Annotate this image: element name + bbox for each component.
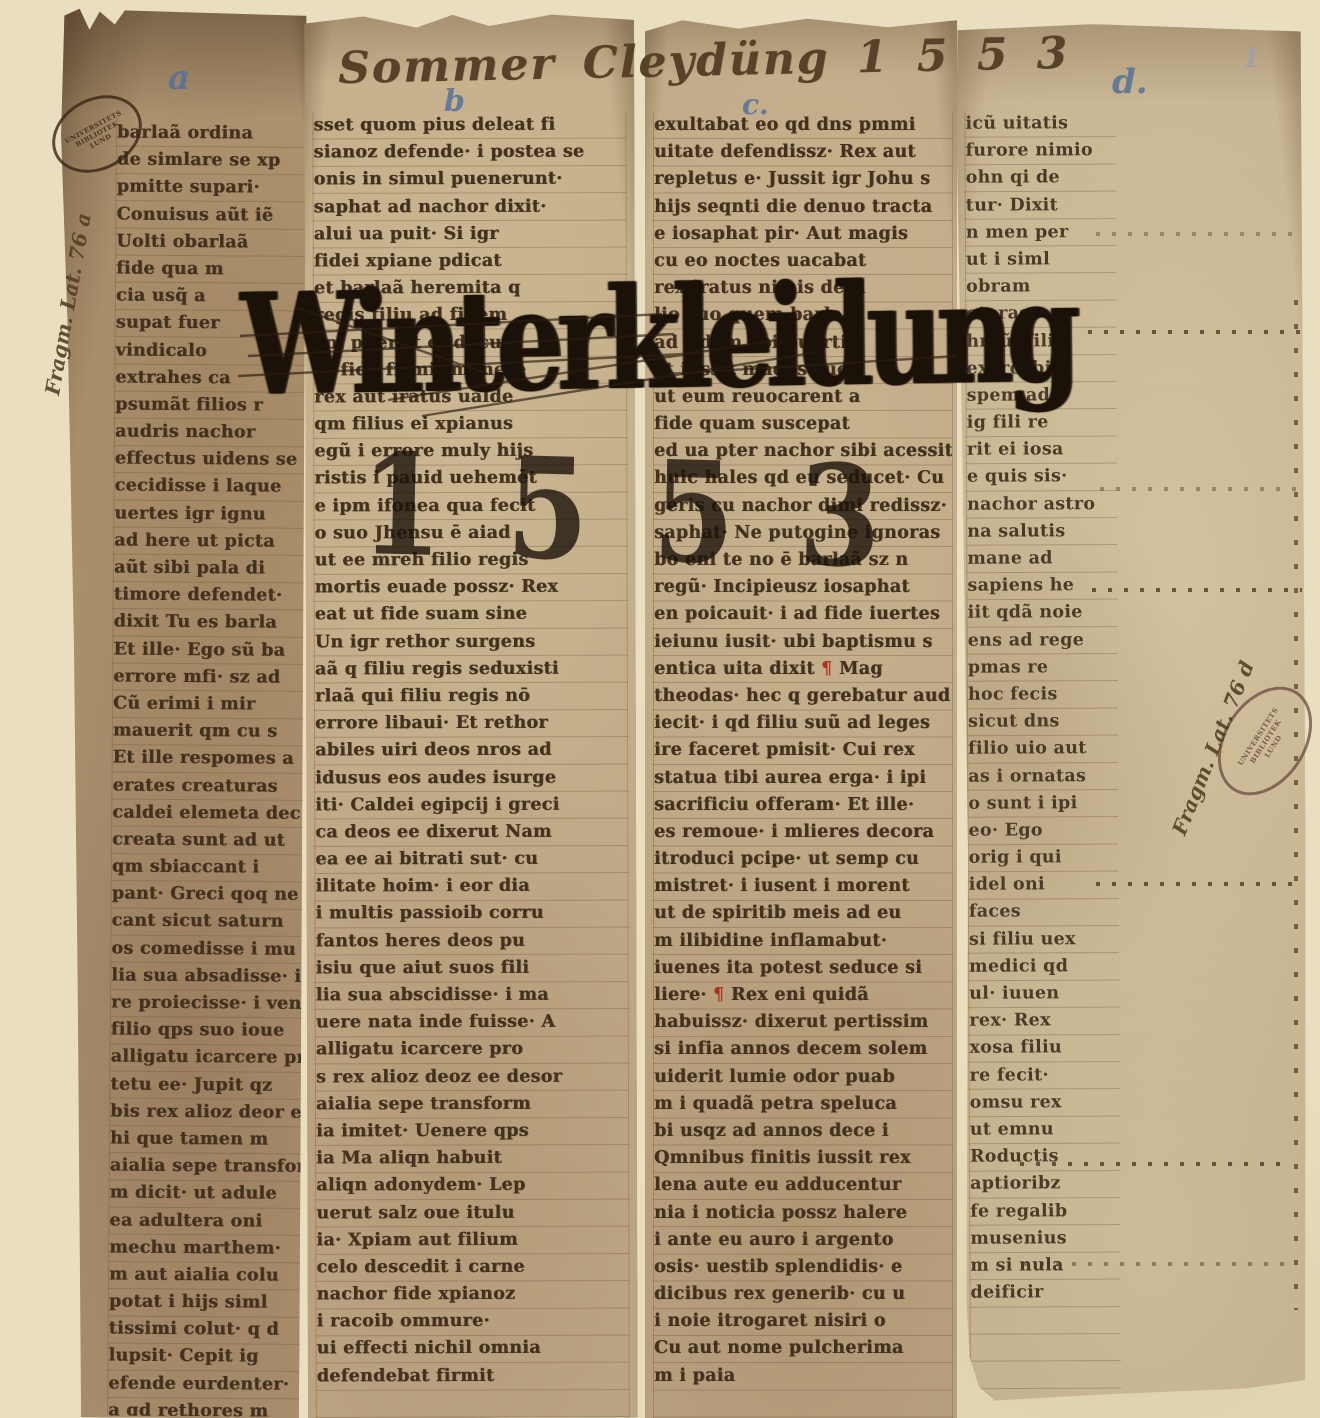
text-line: ohn qi de (966, 164, 1116, 192)
text-line: fe regalib (970, 1198, 1120, 1226)
text-line: ea ee ai bitrati sut· cu (315, 846, 627, 874)
text-line: ire faceret pmisit· Cui rex (654, 737, 952, 764)
text-line: efende eurdenter· (108, 1370, 300, 1399)
text-line: bi usqz ad annos dece i (654, 1118, 952, 1145)
text-line: Cũ erimi i mir (113, 690, 305, 719)
text-line: iecit· i qd filiu suũ ad leges (654, 710, 952, 737)
library-stamp-left-text: UNIVERSITETS BIBLIOTEK LUND (63, 109, 130, 160)
fragment-strip-b: sset quom pius deleat fisianoz defende· … (304, 12, 638, 1418)
text-line: liere· ¶ Rex eni quidã (654, 982, 952, 1009)
text-line: si infia annos decem solem (654, 1036, 952, 1063)
page-number-mark: 1 (1242, 44, 1260, 74)
text-line: creata sunt ad ut (112, 826, 304, 855)
text-line: statua tibi aurea erga· i ipi (654, 765, 952, 792)
text-line: aliqn adonydem· Lep (316, 1172, 628, 1200)
text-line: cecidisse i laque (114, 473, 306, 502)
text-line: faces (969, 898, 1119, 926)
text-line: en poicauit· i ad fide iuertes (654, 601, 952, 628)
text-line: hoc fecis (968, 681, 1118, 709)
fragment-letter-b: b (444, 84, 465, 119)
text-line: Conuisus aũt iẽ (116, 201, 308, 230)
text-line: abiles uiri deos nros ad (315, 737, 627, 765)
text-line: qm sbiaccant i (112, 854, 304, 883)
text-line: a qd rethores m (108, 1397, 300, 1417)
dotted-row (1024, 1262, 1284, 1266)
text-line: m dicit· ut adule (110, 1180, 302, 1209)
text-line: entica uita dixit ¶ Mag (654, 656, 952, 683)
text-line: celo descedit i carne (316, 1253, 628, 1281)
text-line: barlaã ordina (117, 120, 309, 149)
text-line: lia sua abscidisse· i ma (316, 982, 628, 1010)
text-line: aialia sepe transformi (110, 1153, 302, 1182)
text-line: furore nimio (965, 137, 1115, 165)
text-line: sset quom pius deleat fi (313, 112, 625, 140)
text-line: nachor astro (967, 491, 1117, 519)
text-line: iit qdã noie (968, 599, 1118, 627)
text-line: repletus e· Jussit igr Johu s (654, 166, 952, 193)
text-line: as i ornatas (968, 763, 1118, 791)
text-line: ia imitet· Uenere qps (316, 1118, 628, 1146)
text-line: potat i hijs siml (109, 1289, 301, 1318)
text-line: rlaã qui filiu regis nō (315, 683, 627, 711)
text-line: ad here ut picta (114, 527, 306, 556)
text-line: re fecit· (970, 1062, 1120, 1090)
text-line: aã q filiu regis seduxisti (315, 655, 627, 683)
text-line: caldei elemeta dec (112, 799, 304, 828)
text-line: Un igr rethor surgens (315, 628, 627, 656)
text-line: effectus uidens se (115, 446, 307, 475)
text-line: si filiu uex (969, 926, 1119, 954)
text-line: i multis passioib corru (315, 900, 627, 928)
text-line: cant sicut saturn (111, 908, 303, 937)
text-line: ilitate hoim· i eor dia (315, 873, 627, 901)
text-line: ia· Xpiam aut filium (316, 1226, 628, 1254)
fragment-letter-d: d. (1112, 62, 1148, 102)
text-line: ul· iuuen (969, 980, 1119, 1008)
text-line: iti· Caldei egipcij i greci (315, 791, 627, 819)
dotted-row (1088, 330, 1303, 334)
dotted-row (1096, 882, 1301, 886)
text-line: isiu que aiut suos fili (316, 954, 628, 982)
text-line: o sunt i ipi (968, 790, 1118, 818)
text-line: pmitte supari· (117, 174, 309, 203)
text-line: ui effecti nichil omnia (317, 1335, 629, 1363)
text-line: filio uio aut (968, 735, 1118, 763)
text-line: tur· Dixit (966, 192, 1116, 220)
text-line: icũ uitatis (965, 110, 1115, 138)
text-line: m i quadã petra speluca (654, 1091, 952, 1118)
text-line: deificir (970, 1279, 1120, 1307)
text-line: aũt sibi pala di (114, 555, 306, 584)
fragment-letter-c: c. (742, 88, 769, 121)
ink-scratch-lines (238, 278, 998, 438)
text-line: hijs seqnti die denuo tracta (654, 194, 952, 221)
text-line: fantos heres deos pu (316, 927, 628, 955)
text-line: habuissz· dixerut pertissim (654, 1009, 952, 1036)
text-line: i ante eu auro i argento (654, 1227, 952, 1254)
text-line: pant· Greci qoq ne (112, 881, 304, 910)
text-line: de simlare se xp (117, 147, 309, 176)
text-line: Qmnibus finitis iussit rex (654, 1145, 952, 1172)
text-line: ieiunu iusit· ubi baptismu s (654, 629, 952, 656)
text-line: bis rex alioz deor ee desor (110, 1098, 302, 1127)
text-line: eat ut fide suam sine (315, 601, 627, 629)
text-line: Roductis (970, 1143, 1120, 1171)
blackletter-overlay-year: 1553 (359, 422, 946, 600)
text-line: uerut salz oue itulu (316, 1199, 628, 1227)
library-stamp-right-text: UNIVERSITETS BIBLIOTEK LUND (1235, 705, 1294, 776)
text-line: idusus eos audes isurge (315, 764, 627, 792)
text-line: mane ad (967, 545, 1117, 573)
text-line: Et ille respomes a (113, 745, 305, 774)
text-line: n men per (966, 219, 1116, 247)
text-line: iuenes ita potest seduce si (654, 955, 952, 982)
text-line: errore libaui· Et rethor (315, 710, 627, 738)
text-line: ca deos ee dixerut Nam (315, 818, 627, 846)
text-line: ia Ma aliqn habuit (316, 1145, 628, 1173)
text-line (317, 1389, 629, 1417)
text-line: xosa filiu (969, 1034, 1119, 1062)
text-line: errore mfi· sz ad (113, 663, 305, 692)
text-line: aialia sepe transform (316, 1090, 628, 1118)
text-line: nia i noticia possz halere (654, 1200, 952, 1227)
text-line: ut de spiritib meis ad eu (654, 900, 952, 927)
text-line: os comedisse i mu (111, 935, 303, 964)
text-line: rex· Rex (969, 1007, 1119, 1035)
text-line: rit ei iosa (967, 436, 1117, 464)
text-line: s rex alioz deoz ee desor (316, 1063, 628, 1091)
text-line (654, 1390, 952, 1417)
text-line: lena aute eu adducentur (654, 1172, 952, 1199)
text-line: Et ille· Ego sũ ba (113, 636, 305, 665)
text-line: dicibus rex generib· cu u (654, 1281, 952, 1308)
text-line: osis· uestib splendidis· e (654, 1254, 952, 1281)
text-line: dixit Tu es barla (114, 609, 306, 638)
text-line: mechu marthem· (109, 1234, 301, 1263)
text-line: eo· Ego (968, 817, 1118, 845)
text-line: tissimi colut· q d (109, 1316, 301, 1345)
manuscript-photo: barlaã ordinade simlare se xppmitte supa… (0, 0, 1320, 1418)
text-line: re proiecisse· i vene (111, 990, 303, 1019)
text-line: theodas· hec q gerebatur aud (654, 683, 952, 710)
text-line: medici qd (969, 953, 1119, 981)
text-line: erates creaturas (112, 772, 304, 801)
dotted-row (1100, 487, 1300, 491)
text-line: sicut dns (968, 708, 1118, 736)
text-line: timore defendet· (114, 582, 306, 611)
text-line: uiderit lumie odor puab (654, 1064, 952, 1091)
dotted-edge-column (1294, 300, 1298, 1310)
text-line: ea adultera oni (109, 1207, 301, 1236)
text-line: mistret· i iusent i morent (654, 873, 952, 900)
text-line: defendebat firmit (317, 1362, 629, 1390)
text-line: filio qps suo ioue (111, 1017, 303, 1046)
text-line: m ilibidine inflamabut· (654, 928, 952, 955)
text-line: m i paia (654, 1363, 952, 1390)
text-line: uere nata inde fuisse· A (316, 1009, 628, 1037)
text-line: m aut aialia colu (109, 1261, 301, 1290)
text-line: ens ad rege (968, 627, 1118, 655)
text-line: nachor fide xpianoz (316, 1281, 628, 1309)
text-line (971, 1333, 1121, 1361)
fragment-letter-a: a (168, 58, 190, 98)
text-line: itroduci pcipe· ut semp cu (654, 846, 952, 873)
text-line: onis in simul puenerunt· (314, 166, 626, 194)
text-line: tetu ee· Jupit qz (110, 1071, 302, 1100)
text-line (971, 1306, 1121, 1334)
fragment-strip-c: exultabat eo qd dns pmmiuitate defendiss… (645, 16, 957, 1418)
text-line: Uolti obarlaã (116, 228, 308, 257)
text-line: alui ua puit· Si igr (314, 220, 626, 248)
text-line: mauerit qm cu s (113, 718, 305, 747)
text-line: i noie itrogaret nisiri o (654, 1308, 952, 1335)
dotted-row (1092, 588, 1302, 592)
text-line: hi que tamen m (110, 1125, 302, 1154)
text-line: sapiens he (967, 572, 1117, 600)
dotted-row (1020, 1162, 1290, 1166)
text-line: omsu rex (970, 1089, 1120, 1117)
text-line: i racoib ommure· (317, 1308, 629, 1336)
text-line: uertes igr ignu (114, 500, 306, 529)
text-line: orig i qui (969, 844, 1119, 872)
text-line: lia sua absadisse· i ma (111, 962, 303, 991)
dotted-row (1096, 232, 1296, 236)
text-line: Cu aut nome pulcherima (654, 1335, 952, 1362)
text-line: saphat ad nachor dixit· (314, 193, 626, 221)
text-line: alligatu icarcere pro (316, 1036, 628, 1064)
text-line: sacrificiu offeram· Et ille· (654, 792, 952, 819)
text-line: es remoue· i mlieres decora (654, 819, 952, 846)
text-line: na salutis (967, 518, 1117, 546)
text-line: pmas re (968, 654, 1118, 682)
text-line: ut emnu (970, 1116, 1120, 1144)
text-line: alligatu icarcere pro (110, 1044, 302, 1073)
text-line: lupsit· Cepit ig (108, 1343, 300, 1372)
text-line: uitate defendissz· Rex aut (654, 139, 952, 166)
text-line: e quis sis· (967, 463, 1117, 491)
text-line: musenius (970, 1225, 1120, 1253)
text-line: e iosaphat pir· Aut magis (654, 221, 952, 248)
text-line: sianoz defende· i postea se (313, 139, 625, 167)
text-line: exultabat eo qd dns pmmi (654, 112, 952, 139)
text-line: aptioribz (970, 1170, 1120, 1198)
